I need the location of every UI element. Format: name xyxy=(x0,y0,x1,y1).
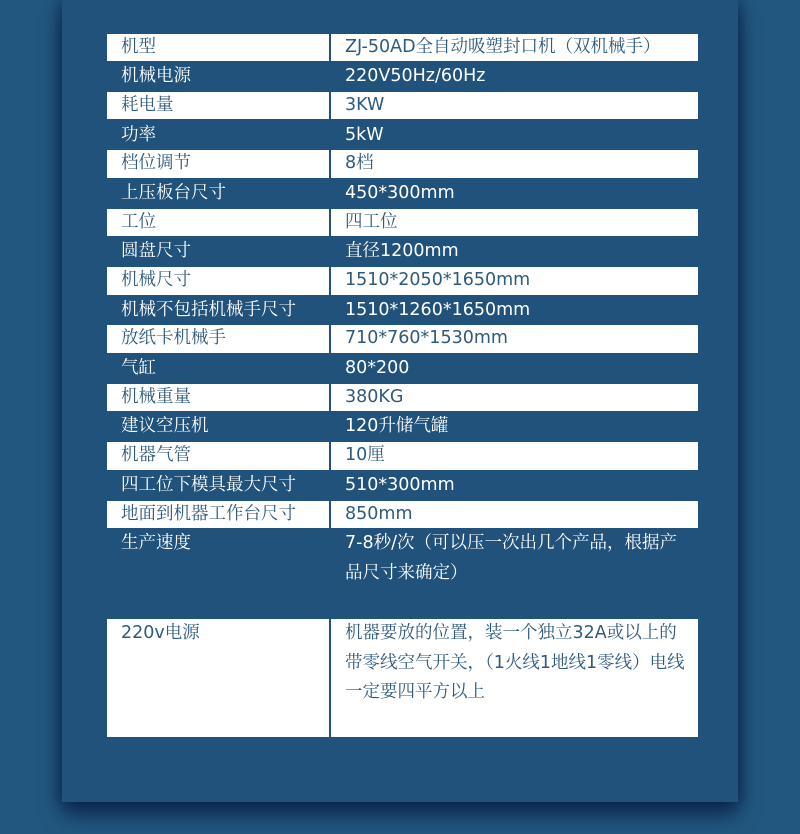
power-note-label: 220v电源 xyxy=(107,619,329,737)
spec-label: 机械重量 xyxy=(107,384,329,412)
spec-value: 7-8秒/次（可以压一次出几个产品，根据产品尺寸来确定） xyxy=(331,529,698,607)
spec-row-air-hose: 机器气管 10厘 xyxy=(107,442,698,471)
spec-value: 120升储气罐 xyxy=(331,412,698,441)
spec-value: 8档 xyxy=(331,150,698,178)
spec-row-production-speed: 生产速度 7-8秒/次（可以压一次出几个产品，根据产品尺寸来确定） xyxy=(107,529,698,607)
spec-value: ZJ-50AD全自动吸塑封口机（双机械手） xyxy=(331,34,698,62)
spec-value: 850mm xyxy=(331,501,698,529)
spec-card: 机型 ZJ-50AD全自动吸塑封口机（双机械手） 机械电源 220V50Hz/6… xyxy=(62,0,738,802)
spec-value: 5kW xyxy=(331,121,698,150)
spec-row-air-compressor: 建议空压机 120升储气罐 xyxy=(107,412,698,441)
spec-row-weight: 机械重量 380KG xyxy=(107,383,698,412)
spec-label: 放纸卡机械手 xyxy=(107,325,329,353)
spec-label: 建议空压机 xyxy=(107,412,329,441)
spec-value: 直径1200mm xyxy=(331,237,698,266)
spec-label: 上压板台尺寸 xyxy=(107,179,329,208)
spec-value: 80*200 xyxy=(331,354,698,383)
spec-label: 机械尺寸 xyxy=(107,267,329,295)
spec-value: 1510*2050*1650mm xyxy=(331,267,698,295)
spec-row-machine-size: 机械尺寸 1510*2050*1650mm xyxy=(107,267,698,296)
power-note-value: 机器要放的位置，装一个独立32A或以上的带零线空气开关，（1火线1地线1零线）电… xyxy=(331,619,698,737)
spec-value: 380KG xyxy=(331,384,698,412)
spec-label: 工位 xyxy=(107,209,329,237)
spec-label: 地面到机器工作台尺寸 xyxy=(107,501,329,529)
spec-value: 450*300mm xyxy=(331,179,698,208)
spec-label: 气缸 xyxy=(107,354,329,383)
spec-row-max-mold-size: 四工位下模具最大尺寸 510*300mm xyxy=(107,471,698,500)
spec-row-gear-adjustment: 档位调节 8档 xyxy=(107,150,698,179)
spec-row-power: 功率 5kW xyxy=(107,121,698,150)
spec-table: 机型 ZJ-50AD全自动吸塑封口机（双机械手） 机械电源 220V50Hz/6… xyxy=(107,33,698,737)
spec-value: 10厘 xyxy=(331,442,698,470)
spec-row-power-consumption: 耗电量 3KW xyxy=(107,91,698,120)
spec-row-stations: 工位 四工位 xyxy=(107,208,698,237)
spec-label: 四工位下模具最大尺寸 xyxy=(107,471,329,500)
spec-row-size-without-arm: 机械不包括机械手尺寸 1510*1260*1650mm xyxy=(107,296,698,325)
spec-value: 510*300mm xyxy=(331,471,698,500)
spec-row-paper-card-arm: 放纸卡机械手 710*760*1530mm xyxy=(107,325,698,354)
spec-row-model: 机型 ZJ-50AD全自动吸塑封口机（双机械手） xyxy=(107,33,698,62)
spec-label: 机械不包括机械手尺寸 xyxy=(107,296,329,325)
spec-value: 710*760*1530mm xyxy=(331,325,698,353)
spec-value: 四工位 xyxy=(331,209,698,237)
spec-label: 机器气管 xyxy=(107,442,329,470)
spec-value: 1510*1260*1650mm xyxy=(331,296,698,325)
spec-label: 功率 xyxy=(107,121,329,150)
spec-label: 机型 xyxy=(107,34,329,62)
spec-value: 3KW xyxy=(331,92,698,120)
spec-value: 220V50Hz/60Hz xyxy=(331,62,698,91)
spec-label: 生产速度 xyxy=(107,529,329,607)
spec-row-power-supply: 机械电源 220V50Hz/60Hz xyxy=(107,62,698,91)
spec-row-worktable-height: 地面到机器工作台尺寸 850mm xyxy=(107,500,698,529)
power-note-row: 220v电源 机器要放的位置，装一个独立32A或以上的带零线空气开关，（1火线1… xyxy=(107,619,698,737)
spec-label: 档位调节 xyxy=(107,150,329,178)
spec-row-upper-platen-size: 上压板台尺寸 450*300mm xyxy=(107,179,698,208)
spec-row-cylinder: 气缸 80*200 xyxy=(107,354,698,383)
spec-label: 圆盘尺寸 xyxy=(107,237,329,266)
spec-row-disc-size: 圆盘尺寸 直径1200mm xyxy=(107,237,698,266)
spec-label: 机械电源 xyxy=(107,62,329,91)
spec-label: 耗电量 xyxy=(107,92,329,120)
